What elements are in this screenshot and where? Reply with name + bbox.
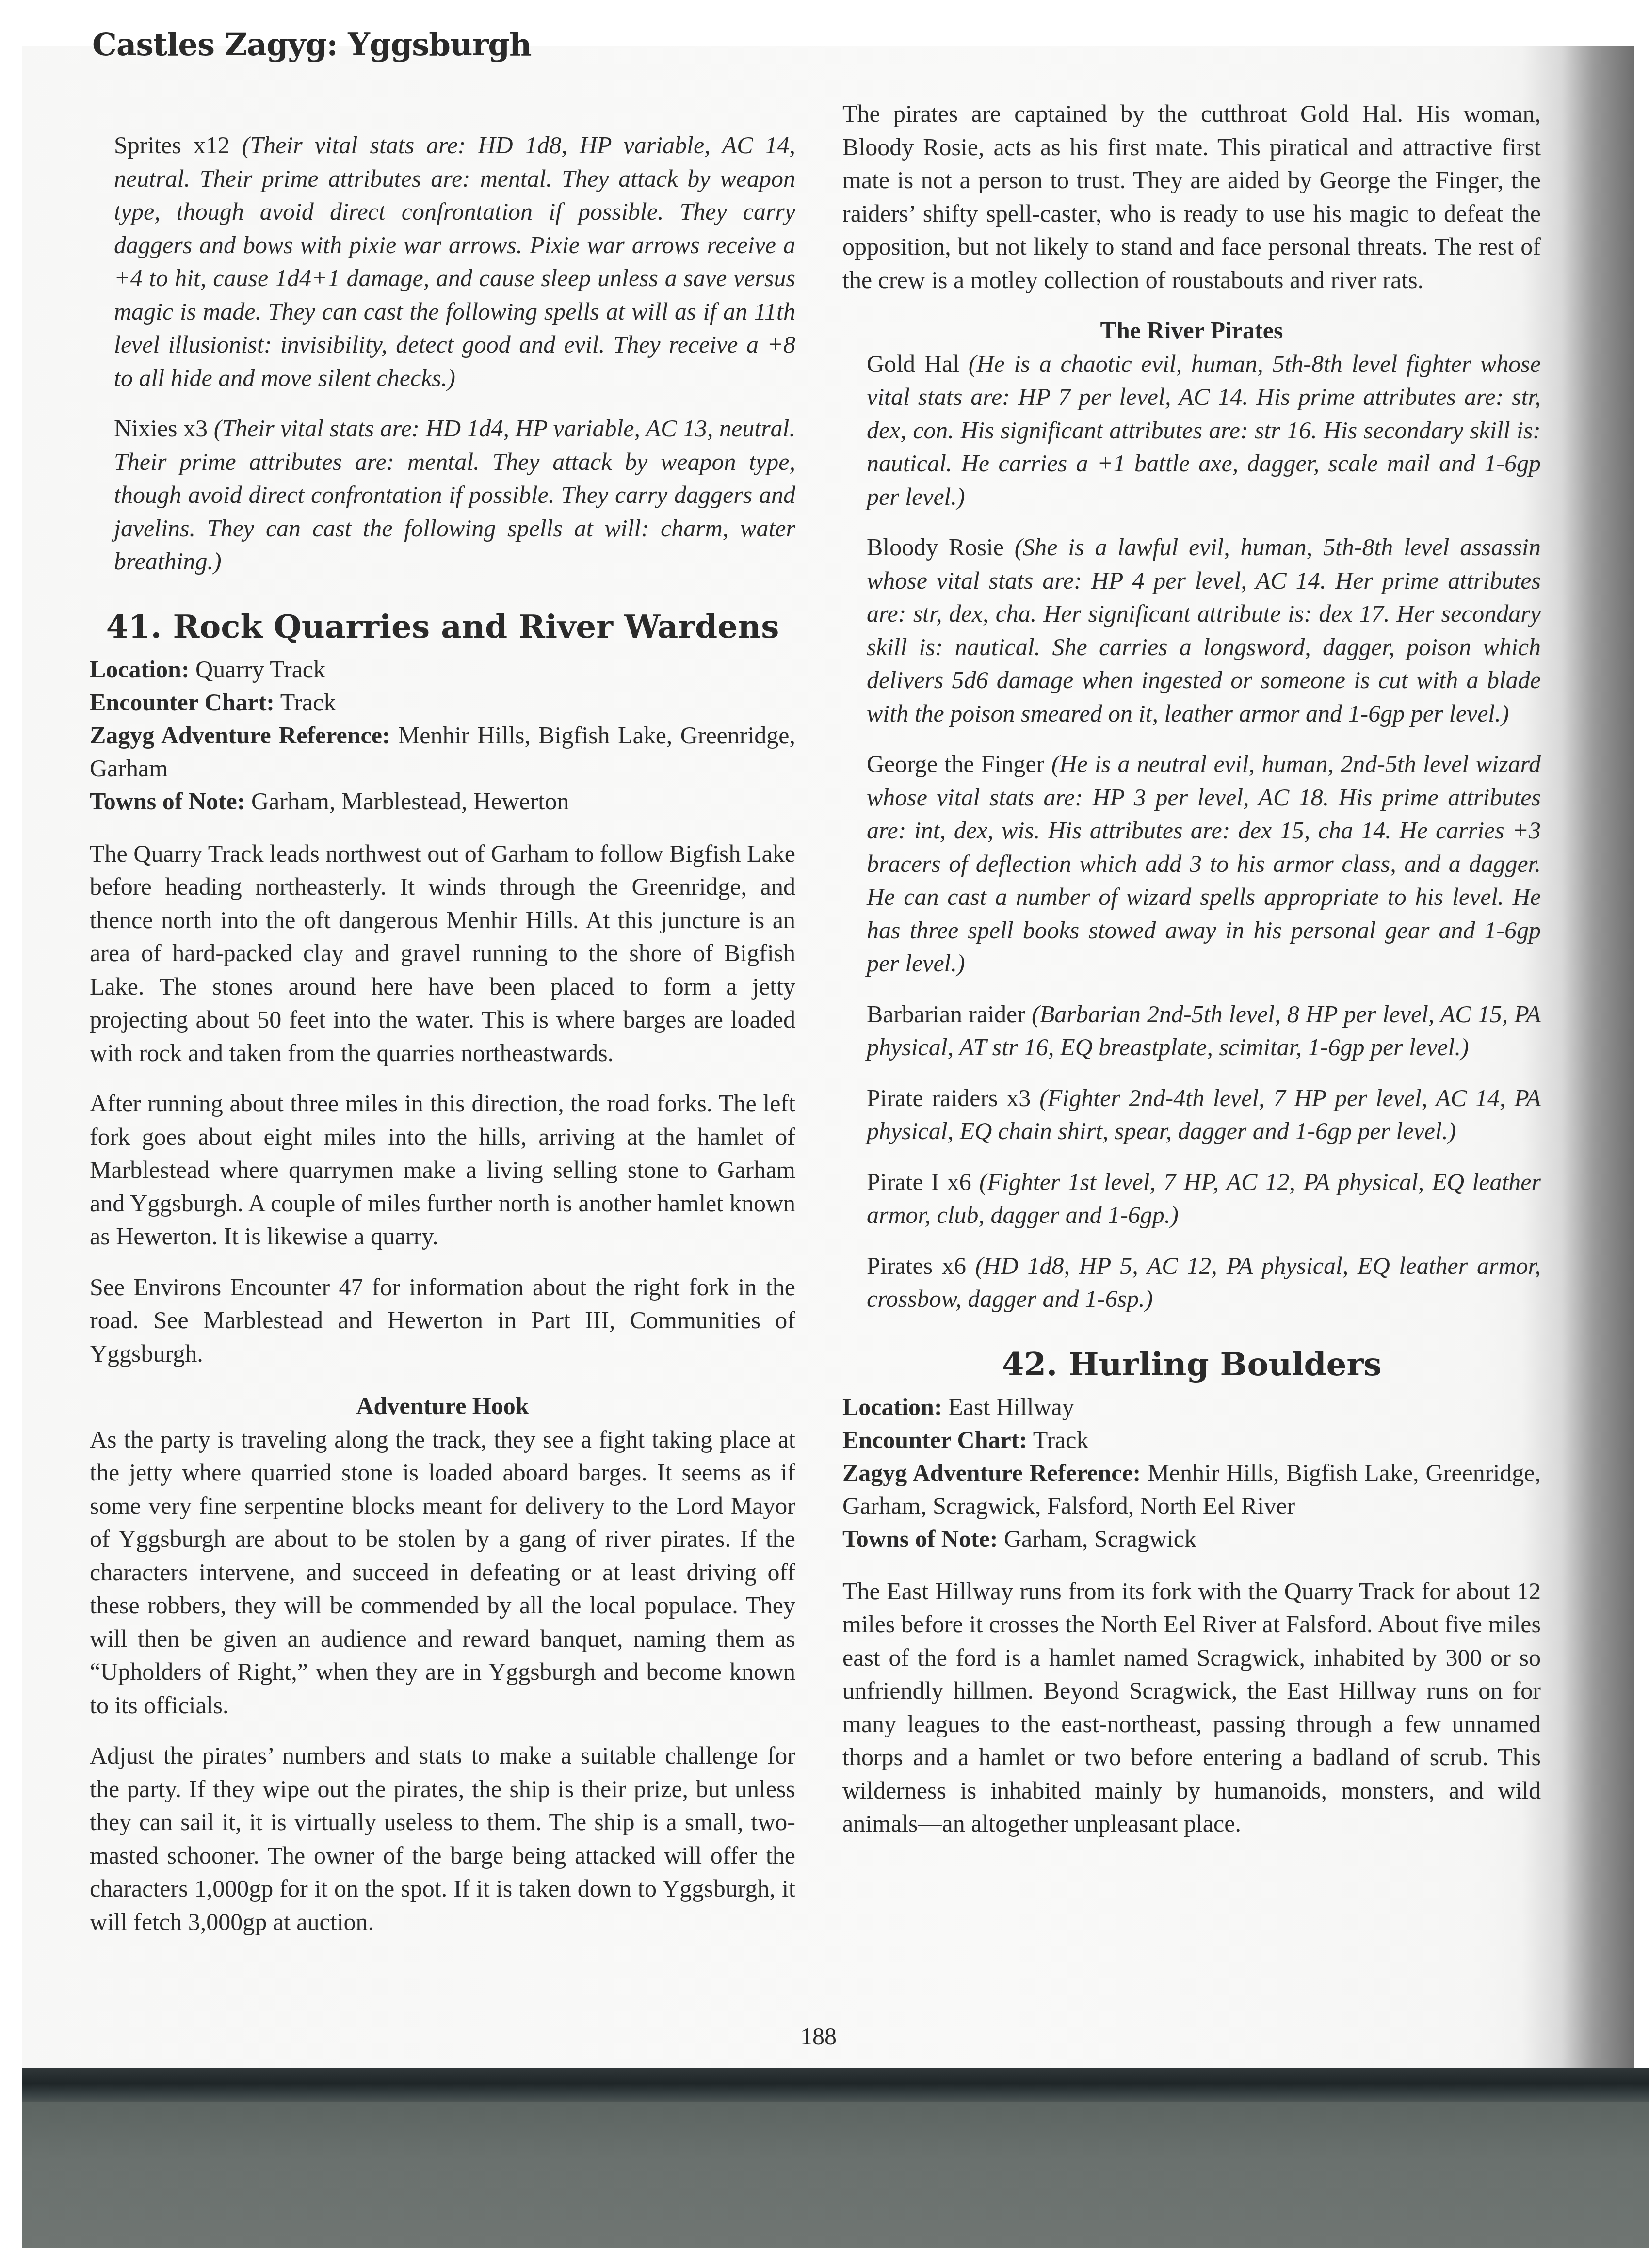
- stat-desc: (She is a lawful evil, human, 5th-8th le…: [867, 533, 1541, 727]
- stat-block-barbarian-raider: Barbarian raider (Barbarian 2nd-5th leve…: [842, 997, 1541, 1064]
- adventure-hook-heading: Adventure Hook: [90, 1389, 795, 1423]
- left-column: Sprites x12 (Their vital stats are: HD 1…: [90, 129, 795, 1956]
- meta-value: Track: [1033, 1426, 1089, 1453]
- stat-name: George the Finger: [867, 750, 1044, 777]
- meta-location: Location: East Hillway: [842, 1390, 1541, 1423]
- stat-block-george-the-finger: George the Finger (He is a neutral evil,…: [842, 747, 1541, 980]
- meta-location: Location: Quarry Track: [90, 653, 795, 686]
- stat-name: Pirate I x6: [867, 1168, 971, 1195]
- meta-label: Encounter Chart:: [90, 689, 275, 716]
- meta-label: Towns of Note:: [90, 788, 245, 815]
- body-paragraph: Adjust the pirates’ numbers and stats to…: [90, 1739, 795, 1938]
- meta-value: Track: [280, 689, 336, 716]
- meta-label: Encounter Chart:: [842, 1426, 1027, 1453]
- stat-block-gold-hal: Gold Hal (He is a chaotic evil, human, 5…: [842, 347, 1541, 514]
- stat-block-pirate-i: Pirate I x6 (Fighter 1st level, 7 HP, AC…: [842, 1165, 1541, 1232]
- stat-block-pirate-raiders: Pirate raiders x3 (Fighter 2nd-4th level…: [842, 1081, 1541, 1148]
- stat-desc: (Their vital stats are: HD 1d8, HP varia…: [114, 131, 795, 391]
- meta-label: Towns of Note:: [842, 1525, 998, 1552]
- stat-block-pirates: Pirates x6 (HD 1d8, HP 5, AC 12, PA phys…: [842, 1249, 1541, 1316]
- stat-desc: (HD 1d8, HP 5, AC 12, PA physical, EQ le…: [867, 1252, 1541, 1313]
- section-title-42: 42. Hurling Boulders: [842, 1345, 1541, 1383]
- meta-label: Zagyg Adventure Reference:: [90, 722, 390, 749]
- meta-value: Quarry Track: [195, 656, 325, 683]
- stat-block-bloody-rosie: Bloody Rosie (She is a lawful evil, huma…: [842, 531, 1541, 730]
- body-paragraph: The East Hillway runs from its fork with…: [842, 1575, 1541, 1840]
- scanner-edge-shadow: [22, 2068, 1649, 2102]
- stat-name: Sprites x12: [114, 131, 230, 159]
- meta-encounter-chart: Encounter Chart: Track: [90, 686, 795, 719]
- stat-block-sprites: Sprites x12 (Their vital stats are: HD 1…: [90, 129, 795, 394]
- stat-name: Bloody Rosie: [867, 533, 1004, 561]
- body-paragraph: The Quarry Track leads northwest out of …: [90, 837, 795, 1070]
- meta-value: Garham, Marblestead, Hewerton: [251, 788, 569, 815]
- meta-towns: Towns of Note: Garham, Marblestead, Hewe…: [90, 785, 795, 818]
- stat-block-nixies: Nixies x3 (Their vital stats are: HD 1d4…: [90, 412, 795, 578]
- meta-value: East Hillway: [948, 1393, 1074, 1420]
- encounter-meta-42: Location: East Hillway Encounter Chart: …: [842, 1390, 1541, 1555]
- meta-label: Location:: [842, 1393, 942, 1420]
- stat-name: Pirates x6: [867, 1252, 966, 1279]
- stat-desc: (He is a neutral evil, human, 2nd-5th le…: [867, 750, 1541, 977]
- stat-name: Barbarian raider: [867, 1000, 1025, 1028]
- meta-encounter-chart: Encounter Chart: Track: [842, 1423, 1541, 1456]
- page-number: 188: [800, 2022, 837, 2050]
- stat-desc: (Their vital stats are: HD 1d4, HP varia…: [114, 415, 795, 575]
- river-pirates-heading: The River Pirates: [842, 314, 1541, 347]
- meta-label: Location:: [90, 656, 190, 683]
- body-paragraph: See Environs Encounter 47 for informatio…: [90, 1271, 795, 1370]
- body-paragraph: The pirates are captained by the cutthro…: [842, 97, 1541, 296]
- stat-name: Nixies x3: [114, 415, 208, 442]
- running-head: Castles Zagyg: Yggsburgh: [92, 27, 532, 63]
- meta-towns: Towns of Note: Garham, Scragwick: [842, 1522, 1541, 1555]
- stat-desc: (He is a chaotic evil, human, 5th-8th le…: [867, 350, 1541, 510]
- body-paragraph: As the party is traveling along the trac…: [90, 1423, 795, 1722]
- stat-name: Pirate raiders x3: [867, 1084, 1031, 1111]
- stat-name: Gold Hal: [867, 350, 959, 377]
- meta-reference: Zagyg Adventure Reference: Menhir Hills,…: [842, 1456, 1541, 1522]
- meta-label: Zagyg Adventure Reference:: [842, 1459, 1141, 1486]
- scanner-background: [22, 2102, 1649, 2248]
- body-paragraph: After running about three miles in this …: [90, 1087, 795, 1253]
- encounter-meta-41: Location: Quarry Track Encounter Chart: …: [90, 653, 795, 818]
- section-title-41: 41. Rock Quarries and River Wardens: [90, 607, 795, 646]
- meta-value: Garham, Scragwick: [1004, 1525, 1196, 1552]
- meta-reference: Zagyg Adventure Reference: Menhir Hills,…: [90, 719, 795, 785]
- right-column: The pirates are captained by the cutthro…: [842, 97, 1541, 1858]
